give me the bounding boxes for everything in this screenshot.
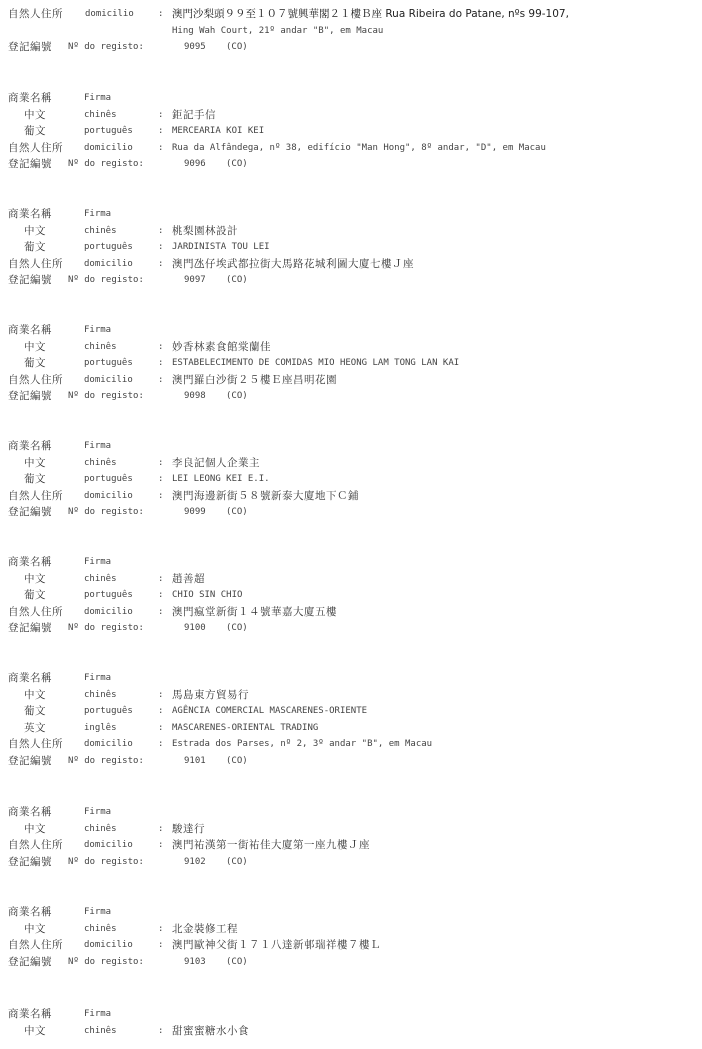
registry-row: 登記編號 Nº do registo: 9098 (CO)	[8, 388, 698, 405]
colon: :	[158, 937, 163, 954]
firm-label-zh: 商業名稱	[8, 438, 52, 455]
registry-code: (CO)	[226, 272, 248, 289]
domicile-row: 自然人住所 domicilio : 澳門瘋堂新街１４號華嘉大廈五樓	[8, 604, 698, 621]
registry-code: (CO)	[226, 156, 248, 173]
colon: :	[158, 239, 163, 256]
registry-number: 9097	[184, 272, 206, 289]
chinese-name-row: 中文 chinês : 鉅記手信	[8, 107, 698, 124]
firm-label-zh: 商業名稱	[8, 322, 52, 339]
domicile-label-pt: domicilio	[84, 372, 133, 389]
registration-entry-9099: 商業名稱 Firma 中文 chinês : 李良記個人企業主 葡文 portu…	[8, 438, 698, 521]
registry-number: 9100	[184, 620, 206, 637]
firm-label-pt: Firma	[84, 804, 111, 821]
portuguese-label-pt: português	[84, 123, 133, 140]
registry-label-zh: 登記編號	[8, 753, 52, 770]
registry-label-pt: Nº do registo:	[68, 272, 144, 289]
domicile-label-pt: domicilio	[84, 604, 133, 621]
colon: :	[158, 720, 163, 737]
colon: :	[158, 687, 163, 704]
chinese-name-value: 妙香林素食館棠蘭佳	[172, 339, 271, 356]
registration-entry-9101: 商業名稱 Firma 中文 chinês : 馬島東方貿易行 葡文 portug…	[8, 670, 698, 769]
portuguese-name-row: 葡文 português : AGÊNCIA COMERCIAL MASCARE…	[8, 703, 698, 720]
registry-row: 登記編號 Nº do registo: 9096 (CO)	[8, 156, 698, 173]
domicile-label-zh: 自然人住所	[8, 937, 63, 954]
registry-number: 9095	[184, 39, 206, 56]
chinese-name-row: 中文 chinês : 趙善超	[8, 571, 698, 588]
chinese-label-zh: 中文	[24, 687, 46, 704]
portuguese-name-row: 葡文 português : LEI LEONG KEI E.I.	[8, 471, 698, 488]
portuguese-name-row: 葡文 português : CHIO SIN CHIO	[8, 587, 698, 604]
registry-label-pt: Nº do registo:	[68, 620, 144, 637]
firm-label-pt: Firma	[84, 670, 111, 687]
registry-label-zh: 登記編號	[8, 156, 52, 173]
chinese-name-row: 中文 chinês : 駿達行	[8, 821, 698, 838]
chinese-label-zh: 中文	[24, 571, 46, 588]
registry-row: 登記編號 Nº do registo: 9102 (CO)	[8, 854, 698, 871]
chinese-label-zh: 中文	[24, 223, 46, 240]
colon: :	[158, 837, 163, 854]
portuguese-name-value: ESTABELECIMENTO DE COMIDAS MIO HEONG LAM…	[172, 355, 459, 372]
colon: :	[158, 587, 163, 604]
domicile-value: Estrada dos Parses, nº 2, 3º andar "B", …	[172, 736, 432, 753]
registry-code: (CO)	[226, 504, 248, 521]
registry-code: (CO)	[226, 854, 248, 871]
colon: :	[158, 921, 163, 938]
registry-row: 登記編號 Nº do registo: 9103 (CO)	[8, 954, 698, 971]
firm-header-row: 商業名稱 Firma	[8, 206, 698, 223]
chinese-name-row: 中文 chinês : 馬島東方貿易行	[8, 687, 698, 704]
firm-header-row: 商業名稱 Firma	[8, 554, 698, 571]
colon: :	[158, 140, 163, 157]
firm-label-zh: 商業名稱	[8, 554, 52, 571]
firm-label-pt: Firma	[84, 90, 111, 107]
registration-entry-9098: 商業名稱 Firma 中文 chinês : 妙香林素食館棠蘭佳 葡文 port…	[8, 322, 698, 405]
domicile-label-pt: domicilio	[84, 488, 133, 505]
colon: :	[158, 123, 163, 140]
firm-label-pt: Firma	[84, 1006, 111, 1023]
chinese-label-pt: chinês	[84, 455, 117, 472]
firm-label-pt: Firma	[84, 554, 111, 571]
domicile-row: 自然人住所 domicilio : 澳門羅白沙街２５樓Ｅ座昌明花園	[8, 372, 698, 389]
portuguese-label-pt: português	[84, 587, 133, 604]
domicile-label-pt: domicilio	[85, 6, 134, 23]
registry-label-pt: Nº do registo:	[68, 854, 144, 871]
colon: :	[158, 256, 163, 273]
chinese-label-zh: 中文	[24, 921, 46, 938]
colon: :	[158, 355, 163, 372]
chinese-name-value: 趙善超	[172, 571, 205, 588]
colon: :	[158, 339, 163, 356]
registry-label-zh: 登記編號	[8, 39, 52, 56]
firm-label-zh: 商業名稱	[8, 1006, 52, 1023]
portuguese-label-zh: 葡文	[24, 239, 46, 256]
firm-header-row: 商業名稱 Firma	[8, 438, 698, 455]
registry-label-zh: 登記編號	[8, 504, 52, 521]
chinese-name-value: 桃梨園林設計	[172, 223, 238, 240]
colon: :	[158, 471, 163, 488]
domicile-continuation-row: Hing Wah Court, 21º andar "B", em Macau	[8, 23, 698, 40]
chinese-name-value: 北金裝修工程	[172, 921, 238, 938]
domicile-value-continued: Hing Wah Court, 21º andar "B", em Macau	[172, 23, 383, 40]
chinese-name-row: 中文 chinês : 李良記個人企業主	[8, 455, 698, 472]
chinese-label-pt: chinês	[84, 821, 117, 838]
chinese-name-value: 甜蜜蜜糖水小食	[172, 1023, 249, 1040]
registry-row: 登記編號 Nº do registo: 9095 (CO)	[8, 39, 698, 56]
firm-header-row: 商業名稱 Firma	[8, 904, 698, 921]
registry-number: 9103	[184, 954, 206, 971]
domicile-label-zh: 自然人住所	[8, 6, 63, 23]
chinese-name-value: 馬島東方貿易行	[172, 687, 249, 704]
chinese-label-pt: chinês	[84, 687, 117, 704]
colon: :	[158, 488, 163, 505]
registration-entry-partial: 商業名稱 Firma 中文 chinês : 甜蜜蜜糖水小食	[8, 1006, 698, 1039]
chinese-name-value: 鉅記手信	[172, 107, 216, 124]
chinese-label-pt: chinês	[84, 571, 117, 588]
chinese-label-pt: chinês	[84, 339, 117, 356]
registry-label-pt: Nº do registo:	[68, 39, 144, 56]
chinese-name-row: 中文 chinês : 妙香林素食館棠蘭佳	[8, 339, 698, 356]
domicile-label-zh: 自然人住所	[8, 736, 63, 753]
portuguese-name-row: 葡文 português : JARDINISTA TOU LEI	[8, 239, 698, 256]
english-name-value: MASCARENES-ORIENTAL TRADING	[172, 720, 318, 737]
chinese-label-zh: 中文	[24, 1023, 46, 1040]
portuguese-name-value: CHIO SIN CHIO	[172, 587, 242, 604]
domicile-value: 澳門氹仔埃武都拉街大馬路花城利圖大廈七樓Ｊ座	[172, 256, 414, 273]
domicile-label-zh: 自然人住所	[8, 837, 63, 854]
registration-entry-9096: 商業名稱 Firma 中文 chinês : 鉅記手信 葡文 português…	[8, 90, 698, 173]
domicile-label-pt: domicilio	[84, 256, 133, 273]
registration-entry-9100: 商業名稱 Firma 中文 chinês : 趙善超 葡文 português …	[8, 554, 698, 637]
domicile-value: 澳門沙梨頭９９至１０７號興華閣２１樓Ｂ座 Rua Ribeira do Pata…	[172, 6, 569, 24]
portuguese-label-zh: 葡文	[24, 703, 46, 720]
registry-code: (CO)	[226, 753, 248, 770]
chinese-label-pt: chinês	[84, 223, 117, 240]
domicile-row: 自然人住所 domicilio : 澳門海邊新街５８號新泰大廈地下Ｃ鋪	[8, 488, 698, 505]
portuguese-name-row: 葡文 português : ESTABELECIMENTO DE COMIDA…	[8, 355, 698, 372]
firm-header-row: 商業名稱 Firma	[8, 670, 698, 687]
firm-header-row: 商業名稱 Firma	[8, 1006, 698, 1023]
portuguese-label-pt: português	[84, 471, 133, 488]
registry-code: (CO)	[226, 620, 248, 637]
registration-entry-9095: 自然人住所 domicilio : 澳門沙梨頭９９至１０７號興華閣２１樓Ｂ座 R…	[8, 6, 698, 56]
chinese-name-value: 李良記個人企業主	[172, 455, 260, 472]
colon: :	[158, 703, 163, 720]
colon: :	[158, 1023, 163, 1040]
registration-entry-9102: 商業名稱 Firma 中文 chinês : 駿達行 自然人住所 domicil…	[8, 804, 698, 870]
chinese-label-pt: chinês	[84, 1023, 117, 1040]
registry-code: (CO)	[226, 388, 248, 405]
registry-label-pt: Nº do registo:	[68, 504, 144, 521]
registry-number: 9099	[184, 504, 206, 521]
registry-number: 9098	[184, 388, 206, 405]
registry-label-zh: 登記編號	[8, 954, 52, 971]
firm-label-pt: Firma	[84, 438, 111, 455]
chinese-name-row: 中文 chinês : 北金裝修工程	[8, 921, 698, 938]
registry-code: (CO)	[226, 39, 248, 56]
registry-label-pt: Nº do registo:	[68, 954, 144, 971]
colon: :	[158, 571, 163, 588]
domicile-label-pt: domicilio	[84, 837, 133, 854]
firm-label-pt: Firma	[84, 322, 111, 339]
chinese-label-pt: chinês	[84, 921, 117, 938]
registration-entry-9103: 商業名稱 Firma 中文 chinês : 北金裝修工程 自然人住所 domi…	[8, 904, 698, 970]
firm-label-zh: 商業名稱	[8, 90, 52, 107]
domicile-label-pt: domicilio	[84, 937, 133, 954]
registration-entry-9097: 商業名稱 Firma 中文 chinês : 桃梨園林設計 葡文 portugu…	[8, 206, 698, 289]
domicile-label-zh: 自然人住所	[8, 372, 63, 389]
portuguese-name-row: 葡文 português : MERCEARIA KOI KEI	[8, 123, 698, 140]
firm-label-zh: 商業名稱	[8, 670, 52, 687]
domicile-value: 澳門祐漢第一街祐佳大廈第一座九樓Ｊ座	[172, 837, 370, 854]
firm-label-pt: Firma	[84, 206, 111, 223]
chinese-name-value: 駿達行	[172, 821, 205, 838]
domicile-row: 自然人住所 domicilio : 澳門沙梨頭９９至１０７號興華閣２１樓Ｂ座 R…	[8, 6, 698, 23]
domicile-row: 自然人住所 domicilio : Rua da Alfândega, nº 3…	[8, 140, 698, 157]
chinese-label-zh: 中文	[24, 821, 46, 838]
portuguese-name-value: AGÊNCIA COMERCIAL MASCARENES-ORIENTE	[172, 703, 367, 720]
domicile-row: 自然人住所 domicilio : 澳門祐漢第一街祐佳大廈第一座九樓Ｊ座	[8, 837, 698, 854]
english-label-pt: inglês	[84, 720, 117, 737]
colon: :	[158, 736, 163, 753]
chinese-label-zh: 中文	[24, 455, 46, 472]
firm-header-row: 商業名稱 Firma	[8, 804, 698, 821]
chinese-label-zh: 中文	[24, 107, 46, 124]
portuguese-label-pt: português	[84, 239, 133, 256]
domicile-label-zh: 自然人住所	[8, 256, 63, 273]
portuguese-label-zh: 葡文	[24, 471, 46, 488]
domicile-label-zh: 自然人住所	[8, 488, 63, 505]
portuguese-name-value: JARDINISTA TOU LEI	[172, 239, 270, 256]
chinese-name-row: 中文 chinês : 甜蜜蜜糖水小食	[8, 1023, 698, 1040]
domicile-label-pt: domicilio	[84, 140, 133, 157]
registry-label-pt: Nº do registo:	[68, 753, 144, 770]
colon: :	[158, 821, 163, 838]
firm-label-zh: 商業名稱	[8, 804, 52, 821]
registry-number: 9101	[184, 753, 206, 770]
chinese-name-row: 中文 chinês : 桃梨園林設計	[8, 223, 698, 240]
colon: :	[158, 604, 163, 621]
firm-label-pt: Firma	[84, 904, 111, 921]
gazette-page: 自然人住所 domicilio : 澳門沙梨頭９９至１０７號興華閣２１樓Ｂ座 R…	[0, 0, 702, 1049]
domicile-label-zh: 自然人住所	[8, 140, 63, 157]
registry-number: 9102	[184, 854, 206, 871]
domicile-label-zh: 自然人住所	[8, 604, 63, 621]
colon: :	[158, 455, 163, 472]
firm-label-zh: 商業名稱	[8, 206, 52, 223]
registry-row: 登記編號 Nº do registo: 9097 (CO)	[8, 272, 698, 289]
registry-label-zh: 登記編號	[8, 388, 52, 405]
registry-number: 9096	[184, 156, 206, 173]
chinese-label-zh: 中文	[24, 339, 46, 356]
registry-label-zh: 登記編號	[8, 620, 52, 637]
registry-label-zh: 登記編號	[8, 272, 52, 289]
domicile-value: 澳門歐神父街１７１八達新邨瑞祥樓７樓Ｌ	[172, 937, 381, 954]
colon: :	[158, 223, 163, 240]
colon: :	[158, 6, 163, 23]
chinese-label-pt: chinês	[84, 107, 117, 124]
registry-row: 登記編號 Nº do registo: 9099 (CO)	[8, 504, 698, 521]
firm-header-row: 商業名稱 Firma	[8, 322, 698, 339]
domicile-value: 澳門瘋堂新街１４號華嘉大廈五樓	[172, 604, 337, 621]
portuguese-label-pt: português	[84, 703, 133, 720]
domicile-label-pt: domicilio	[84, 736, 133, 753]
domicile-value: Rua da Alfândega, nº 38, edifício "Man H…	[172, 140, 546, 157]
registry-row: 登記編號 Nº do registo: 9100 (CO)	[8, 620, 698, 637]
domicile-value: 澳門海邊新街５８號新泰大廈地下Ｃ鋪	[172, 488, 359, 505]
registry-label-zh: 登記編號	[8, 854, 52, 871]
portuguese-label-pt: português	[84, 355, 133, 372]
colon: :	[158, 107, 163, 124]
domicile-row: 自然人住所 domicilio : Estrada dos Parses, nº…	[8, 736, 698, 753]
firm-label-zh: 商業名稱	[8, 904, 52, 921]
english-label-zh: 英文	[24, 720, 46, 737]
registry-label-pt: Nº do registo:	[68, 156, 144, 173]
portuguese-name-value: MERCEARIA KOI KEI	[172, 123, 264, 140]
portuguese-label-zh: 葡文	[24, 355, 46, 372]
domicile-row: 自然人住所 domicilio : 澳門歐神父街１７１八達新邨瑞祥樓７樓Ｌ	[8, 937, 698, 954]
portuguese-name-value: LEI LEONG KEI E.I.	[172, 471, 270, 488]
registry-code: (CO)	[226, 954, 248, 971]
domicile-row: 自然人住所 domicilio : 澳門氹仔埃武都拉街大馬路花城利圖大廈七樓Ｊ座	[8, 256, 698, 273]
registry-label-pt: Nº do registo:	[68, 388, 144, 405]
portuguese-label-zh: 葡文	[24, 123, 46, 140]
registry-row: 登記編號 Nº do registo: 9101 (CO)	[8, 753, 698, 770]
portuguese-label-zh: 葡文	[24, 587, 46, 604]
colon: :	[158, 372, 163, 389]
english-name-row: 英文 inglês : MASCARENES-ORIENTAL TRADING	[8, 720, 698, 737]
firm-header-row: 商業名稱 Firma	[8, 90, 698, 107]
domicile-value: 澳門羅白沙街２５樓Ｅ座昌明花園	[172, 372, 337, 389]
